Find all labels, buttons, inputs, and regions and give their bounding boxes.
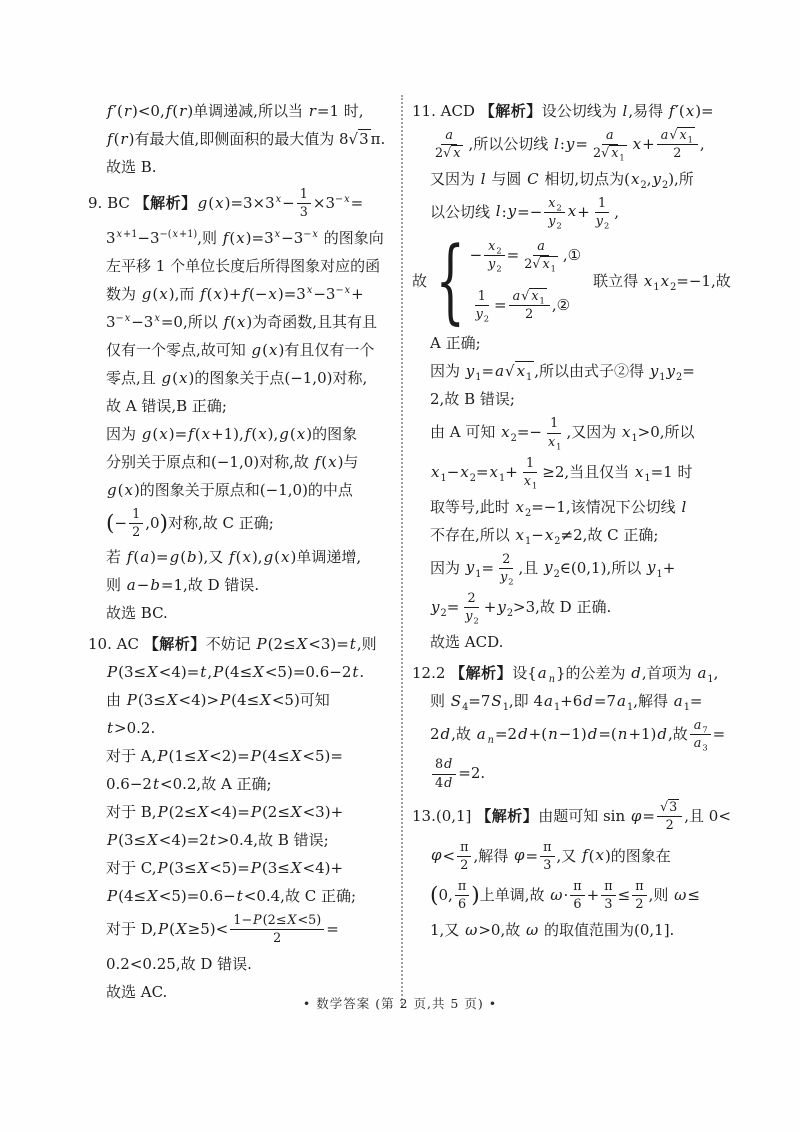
text-line: 0.6−2t<0.2,故 A 正确; bbox=[106, 770, 402, 798]
question-12-solution: 12.2 【解析】设{an}的公差为 d,首项为 a1,则 S4=7S1,即 4… bbox=[412, 659, 754, 794]
text-line: 仅有一个零点,故可知 g(x)有且仅有一个 bbox=[106, 336, 402, 364]
question-8-continuation: f′(r)<0,f(r)单调递减,所以当 r=1 时,f(r)有最大值,即侧面积… bbox=[88, 97, 402, 181]
text-line: 则 a−b=1,故 D 错误. bbox=[106, 571, 402, 599]
page-footer: • 数学答案 (第 2 页,共 5 页) • bbox=[0, 994, 800, 1012]
text-line: 取等号,此时 x2=−1,该情况下公切线 l bbox=[430, 493, 754, 521]
text-line: 13.(0,1] 【解析】由题可知 sin φ=√32,且 0< bbox=[412, 797, 754, 837]
text-line: 12.2 【解析】设{an}的公差为 d,首项为 a1, bbox=[412, 659, 754, 687]
text-line: 10. AC 【解析】不妨记 P(2≤X<3)=t,则 bbox=[88, 630, 402, 658]
footer-text: • 数学答案 (第 2 页,共 5 页) • bbox=[303, 996, 497, 1011]
text-line: P(3≤X<4)=2t>0.4,故 B 错误; bbox=[106, 826, 402, 854]
text-line: 1,又 ω>0,故 ω 的取值范围为(0,1]. bbox=[430, 916, 754, 944]
text-line: g(x)的图象关于原点和(−1,0)的中点 bbox=[106, 476, 402, 504]
answer-sheet-page: f′(r)<0,f(r)单调递减,所以当 r=1 时,f(r)有最大值,即侧面积… bbox=[0, 0, 800, 1132]
text-line: 零点,且 g(x)的图象关于点(−1,0)对称, bbox=[106, 364, 402, 392]
equation-row: −x2y2=a2√x1,① bbox=[470, 236, 582, 276]
left-brace-icon: { bbox=[436, 242, 465, 320]
text-line: 对于 A,P(1≤X<2)=P(4≤X<5)= bbox=[106, 742, 402, 770]
question-13-solution: 13.(0,1] 【解析】由题可知 sin φ=√32,且 0<φ<π2,解得 … bbox=[412, 797, 754, 944]
text-line: 若 f(a)=g(b),又 f(x),g(x)单调递增, bbox=[106, 543, 402, 571]
text-line: 数为 g(x),而 f(x)+f(−x)=3x−3−x+ bbox=[106, 280, 402, 308]
text-line: 故 A 错误,B 正确; bbox=[106, 392, 402, 420]
text-line: x1−x2=x1+1x1≥2,当且仅当 x1=1 时 bbox=[430, 453, 754, 493]
text-line: 3x+1−3−(x+1),则 f(x)=3x−3−x 的图象向 bbox=[106, 224, 402, 252]
text-line: 左平移 1 个单位长度后所得图象对应的函 bbox=[106, 252, 402, 280]
text-line: 故选 BC. bbox=[106, 599, 402, 627]
equation-system: 故{−x2y2=a2√x1,①1y2=a√x12,②联立得 x1x2=−1,故 bbox=[412, 236, 754, 325]
text-line: A 正确; bbox=[430, 329, 754, 357]
text-line: f(r)有最大值,即侧面积的最大值为 8√3π. bbox=[106, 125, 402, 153]
text-line: P(3≤X<4)=t,P(4≤X<5)=0.6−2t. bbox=[106, 658, 402, 686]
text-line: 因为 g(x)=f(x+1),f(x),g(x)的图象 bbox=[106, 420, 402, 448]
text-line: a2√x,所以公切线 l:y=a2√x1x+a√x12, bbox=[430, 125, 754, 165]
question-9-solution: 9. BC 【解析】g(x)=3×3x−13×3−x=3x+1−3−(x+1),… bbox=[88, 184, 402, 627]
text-line: 2,故 B 错误; bbox=[430, 385, 754, 413]
text-line: 故选 ACD. bbox=[430, 628, 754, 656]
text-line: f′(r)<0,f(r)单调递减,所以当 r=1 时, bbox=[106, 97, 402, 125]
text-line: 对于 C,P(3≤X<5)=P(3≤X<4)+ bbox=[106, 854, 402, 882]
text-line: (0,π6)上单调,故 ω·π6+π3≤π2,则 ω≤ bbox=[430, 876, 754, 916]
text-line: P(4≤X<5)=0.6−t<0.4,故 C 正确; bbox=[106, 882, 402, 910]
text-line: 11. ACD 【解析】设公切线为 l,易得 f′(x)= bbox=[412, 97, 754, 125]
text-line: (−12,0)对称,故 C 正确; bbox=[106, 504, 402, 544]
text-line: 8d4d=2. bbox=[430, 754, 754, 794]
text-line: y2=2y2+y2>3,故 D 正确. bbox=[430, 588, 754, 628]
text-line: 联立得 x1x2=−1,故 bbox=[593, 270, 731, 291]
text-line: 0.2<0.25,故 D 错误. bbox=[106, 950, 402, 978]
text-line: 故 bbox=[412, 270, 427, 291]
text-line: 3−x−3x=0,所以 f(x)为奇函数,且其有且 bbox=[106, 308, 402, 336]
text-line: 因为 y1=a√x1,所以由式子②得 y1y2= bbox=[430, 357, 754, 385]
text-line: 分别关于原点和(−1,0)对称,故 f(x)与 bbox=[106, 448, 402, 476]
text-line: φ<π2,解得 φ=π3,又 f(x)的图象在 bbox=[430, 837, 754, 877]
question-11-solution: 11. ACD 【解析】设公切线为 l,易得 f′(x)=a2√x,所以公切线 … bbox=[412, 97, 754, 656]
text-line: 不存在,所以 x1−x2≠2,故 C 正确; bbox=[430, 521, 754, 549]
text-line: 因为 y1=2y2,且 y2∈(0,1),所以 y1+ bbox=[430, 549, 754, 589]
text-line: 由 P(3≤X<4)>P(4≤X<5)可知 bbox=[106, 686, 402, 714]
text-line: 由 A 可知 x2=−1x1,又因为 x1>0,所以 bbox=[430, 413, 754, 453]
text-line: 对于 D,P(X≥5)<1−P(2≤X<5)2= bbox=[106, 910, 402, 950]
equation-row: 1y2=a√x12,② bbox=[470, 286, 582, 326]
column-right: 11. ACD 【解析】设公切线为 l,易得 f′(x)=a2√x,所以公切线 … bbox=[412, 97, 754, 947]
text-line: 以公切线 l:y=−x2y2x+1y2, bbox=[430, 193, 754, 233]
equation-rows: −x2y2=a2√x1,①1y2=a√x12,② bbox=[470, 236, 582, 325]
text-line: 则 S4=7S1,即 4a1+6d=7a1,解得 a1= bbox=[430, 687, 754, 715]
column-left: f′(r)<0,f(r)单调递减,所以当 r=1 时,f(r)有最大值,即侧面积… bbox=[88, 97, 402, 1009]
column-divider bbox=[401, 95, 403, 1007]
text-line: 9. BC 【解析】g(x)=3×3x−13×3−x= bbox=[88, 184, 402, 224]
question-10-solution: 10. AC 【解析】不妨记 P(2≤X<3)=t,则P(3≤X<4)=t,P(… bbox=[88, 630, 402, 1006]
text-line: 2d,故 an=2d+(n−1)d=(n+1)d,故a7a3= bbox=[430, 715, 754, 755]
text-line: 对于 B,P(2≤X<4)=P(2≤X<3)+ bbox=[106, 798, 402, 826]
text-line: t>0.2. bbox=[106, 714, 402, 742]
text-line: 又因为 l 与圆 C 相切,切点为(x2,y2),所 bbox=[430, 165, 754, 193]
text-line: 故选 B. bbox=[106, 153, 402, 181]
